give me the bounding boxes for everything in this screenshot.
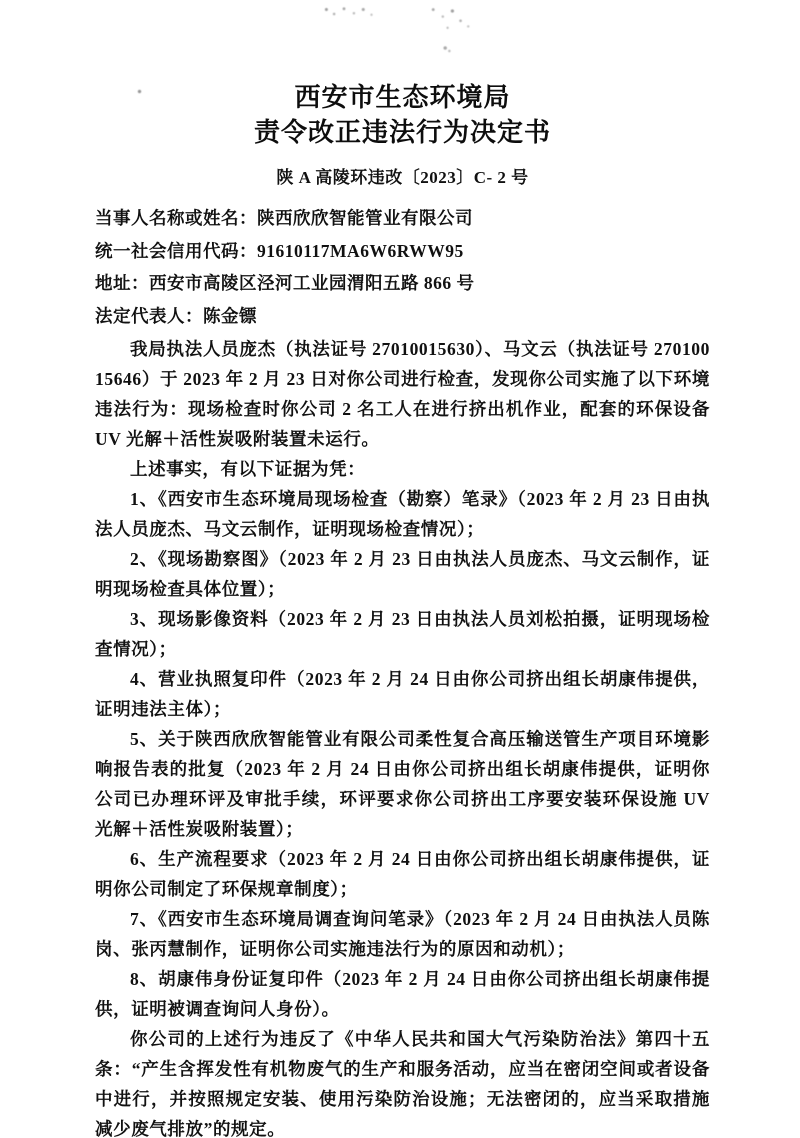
paragraph-evidence-intro: 上述事实，有以下证据为凭： — [95, 454, 710, 484]
party-credit-code-line: 统一社会信用代码：91610117MA6W6RWW95 — [95, 235, 710, 268]
document-page: 西安市生态环境局 责令改正违法行为决定书 陕 A 高陵环违改〔2023〕C- 2… — [0, 0, 800, 1138]
party-name-line: 当事人名称或姓名：陕西欣欣智能管业有限公司 — [95, 202, 710, 235]
paragraph-legal-basis: 你公司的上述行为违反了《中华人民共和国大气污染防治法》第四十五条：“产生含挥发性… — [95, 1024, 710, 1138]
evidence-item-4: 4、营业执照复印件（2023 年 2 月 24 日由你公司挤出组长胡康伟提供，证… — [95, 664, 710, 724]
party-name-value: 陕西欣欣智能管业有限公司 — [257, 208, 473, 228]
party-credit-code-label: 统一社会信用代码： — [95, 241, 257, 261]
document-number: 陕 A 高陵环违改〔2023〕C- 2 号 — [95, 164, 710, 192]
party-legal-rep-label: 法定代表人： — [95, 306, 203, 326]
document-title-agency: 西安市生态环境局 — [95, 80, 710, 115]
evidence-item-1: 1、《西安市生态环境局现场检查（勘察）笔录》（2023 年 2 月 23 日由执… — [95, 484, 710, 544]
party-address-label: 地址： — [95, 273, 149, 293]
party-address-value: 西安市高陵区泾河工业园渭阳五路 866 号 — [149, 273, 475, 293]
document-title-type: 责令改正违法行为决定书 — [95, 115, 710, 150]
evidence-item-2: 2、《现场勘察图》（2023 年 2 月 23 日由执法人员庞杰、马文云制作，证… — [95, 544, 710, 604]
evidence-item-6: 6、生产流程要求（2023 年 2 月 24 日由你公司挤出组长胡康伟提供，证明… — [95, 844, 710, 904]
party-name-label: 当事人名称或姓名： — [95, 208, 257, 228]
party-info: 当事人名称或姓名：陕西欣欣智能管业有限公司 统一社会信用代码：91610117M… — [95, 202, 710, 332]
party-legal-rep-value: 陈金镖 — [203, 306, 257, 326]
evidence-item-8: 8、胡康伟身份证复印件（2023 年 2 月 24 日由你公司挤出组长胡康伟提供… — [95, 964, 710, 1024]
document-body: 我局执法人员庞杰（执法证号 27010015630）、马文云（执法证号 2701… — [95, 334, 710, 1138]
evidence-item-7: 7、《西安市生态环境局调查询问笔录》（2023 年 2 月 24 日由执法人员陈… — [95, 904, 710, 964]
party-address-line: 地址：西安市高陵区泾河工业园渭阳五路 866 号 — [95, 267, 710, 300]
document-title: 西安市生态环境局 责令改正违法行为决定书 — [95, 80, 710, 150]
party-credit-code-value: 91610117MA6W6RWW95 — [257, 241, 464, 261]
party-legal-rep-line: 法定代表人：陈金镖 — [95, 300, 710, 333]
evidence-item-3: 3、现场影像资料（2023 年 2 月 23 日由执法人员刘松拍摄，证明现场检查… — [95, 604, 710, 664]
paragraph-inspection-facts: 我局执法人员庞杰（执法证号 27010015630）、马文云（执法证号 2701… — [95, 334, 710, 454]
evidence-item-5: 5、关于陕西欣欣智能管业有限公司柔性复合高压输送管生产项目环境影响报告表的批复（… — [95, 724, 710, 844]
